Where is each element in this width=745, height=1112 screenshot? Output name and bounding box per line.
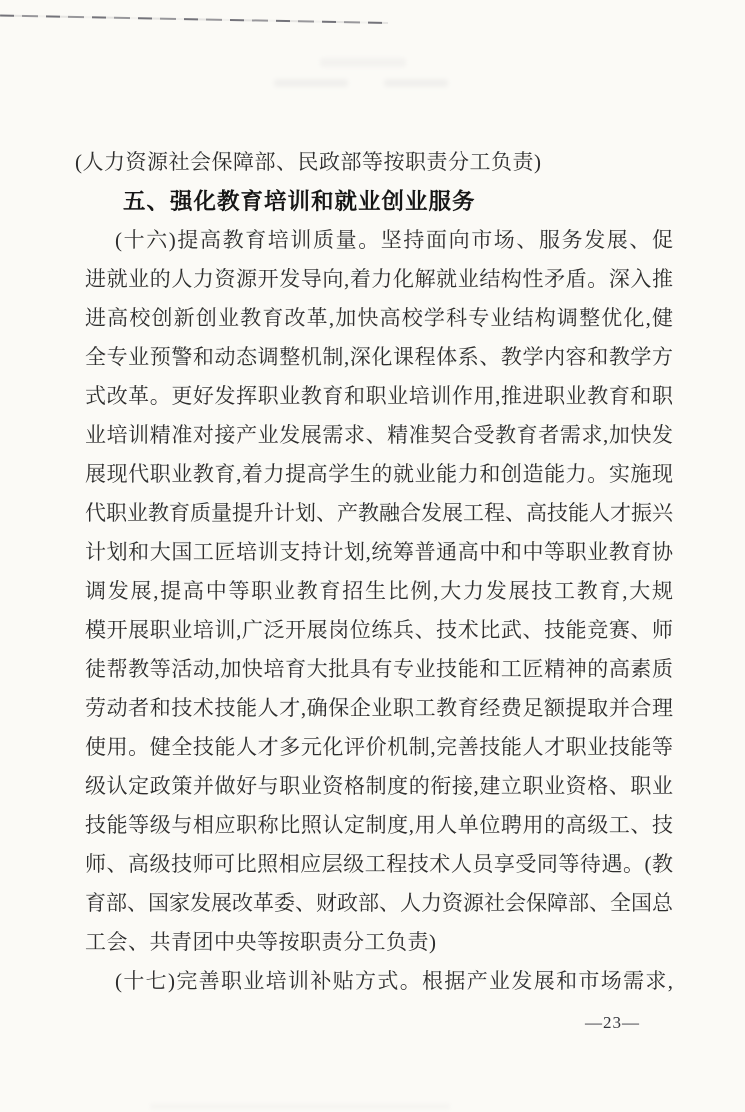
para-17-start: (十七)完善职业培训补贴方式。根据产业发展和市场需求, (85, 962, 673, 1001)
scan-smudge (384, 79, 448, 87)
text-line: 模开展职业培训,广泛开展岗位练兵、技术比武、技能竞赛、师 (85, 611, 673, 650)
text-line: 使用。健全技能人才多元化评价机制,完善技能人才职业技能等 (85, 728, 673, 767)
text-line: 育部、国家发展改革委、财政部、人力资源社会保障部、全国总 (85, 884, 673, 923)
text-line: 调发展,提高中等职业教育招生比例,大力发展技工教育,大规 (85, 572, 673, 611)
text-line: 徒帮教等活动,加快培育大批具有专业技能和工匠精神的高素质 (85, 650, 673, 689)
text-line: 劳动者和技术技能人才,确保企业职工教育经费足额提取并合理 (85, 689, 673, 728)
scanned-document-page: (人力资源社会保障部、民政部等按职责分工负责) 五、强化教育培训和就业创业服务 … (0, 0, 745, 1112)
text-line: 进就业的人力资源开发导向,着力化解就业结构性矛盾。深入推 (85, 260, 673, 299)
scan-smudge (320, 58, 406, 67)
text-line: 代职业教育质量提升计划、产教融合发展工程、高技能人才振兴 (85, 494, 673, 533)
page-number: —23— (585, 1010, 665, 1036)
text-line: 级认定政策并做好与职业资格制度的衔接,建立职业资格、职业 (85, 767, 673, 806)
document-body: (人力资源社会保障部、民政部等按职责分工负责) 五、强化教育培训和就业创业服务 … (85, 143, 673, 1001)
para-16-start: (十六)提高教育培训质量。坚持面向市场、服务发展、促 (85, 221, 673, 260)
text-line: 业培训精准对接产业发展需求、精准契合受教育者需求,加快发 (85, 416, 673, 455)
text-line: 全专业预警和动态调整机制,深化课程体系、教学内容和教学方 (85, 338, 673, 377)
scan-smudge (150, 1104, 450, 1109)
text-line: 展现代职业教育,着力提高学生的就业能力和创造能力。实施现 (85, 455, 673, 494)
attribution-line: (人力资源社会保障部、民政部等按职责分工负责) (85, 143, 673, 182)
scan-artifact-line (0, 15, 388, 24)
section-5-heading: 五、强化教育培训和就业创业服务 (85, 182, 673, 221)
text-line: 计划和大国工匠培训支持计划,统筹普通高中和中等职业教育协 (85, 533, 673, 572)
text-line: 式改革。更好发挥职业教育和职业培训作用,推进职业教育和职 (85, 377, 673, 416)
text-line: 进高校创新创业教育改革,加快高校学科专业结构调整优化,健 (85, 299, 673, 338)
attribution-line-end: 工会、共青团中央等按职责分工负责) (85, 923, 673, 962)
scan-smudge (274, 79, 348, 87)
text-line: 技能等级与相应职称比照认定制度,用人单位聘用的高级工、技 (85, 806, 673, 845)
text-line: 师、高级技师可比照相应层级工程技术人员享受同等待遇。(教 (85, 845, 673, 884)
